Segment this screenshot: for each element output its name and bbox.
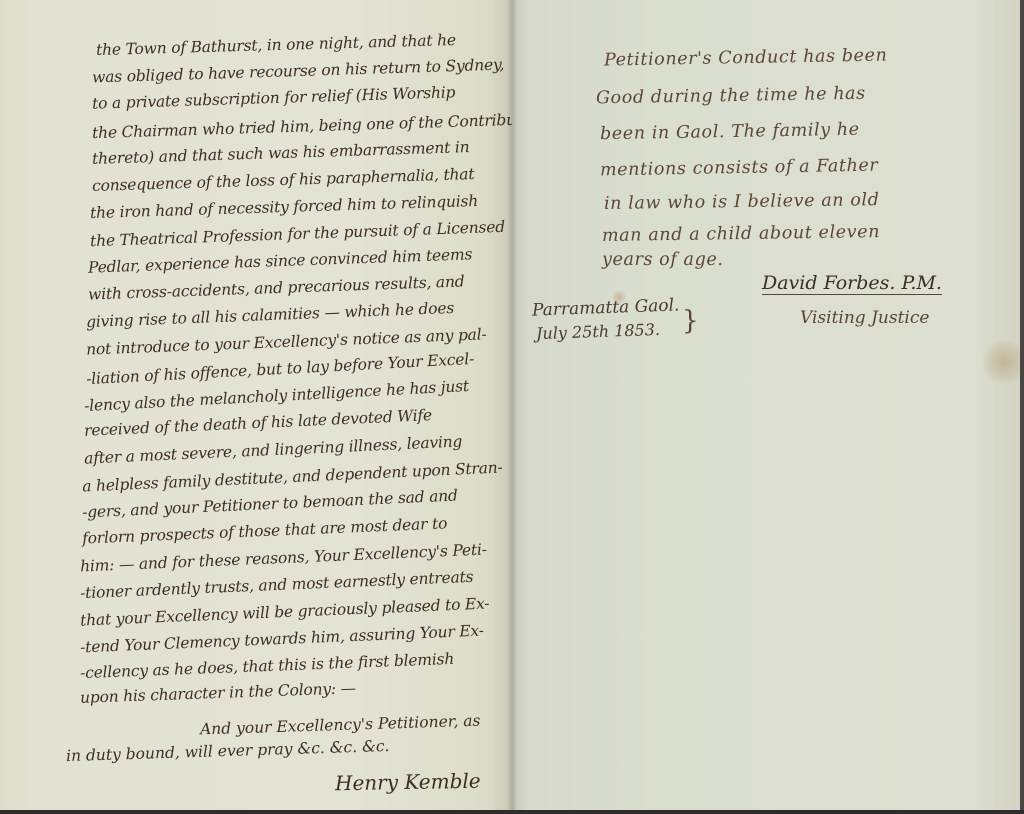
right-page: Petitioner's Conduct has been Good durin…	[512, 0, 1020, 810]
justice-title: Visiting Justice	[800, 308, 929, 328]
petition-line: with cross-accidents, and precarious res…	[88, 272, 465, 303]
report-line: man and a child about eleven	[602, 222, 880, 246]
justice-signature-name: David Forbes. P.M.	[762, 272, 942, 295]
brace-mark: }	[682, 306, 699, 336]
petitioner-signature: Henry Kemble	[335, 769, 481, 796]
report-line: years of age.	[602, 250, 724, 270]
petition-line: was obliged to have recourse on his retu…	[92, 56, 505, 87]
petition-line: forlorn prospects of those that are most…	[82, 514, 448, 547]
center-fold	[508, 0, 516, 810]
bottom-edge	[0, 810, 1024, 814]
petition-line: to a private subscription for relief (Hi…	[92, 83, 456, 112]
closing-line: in duty bound, will ever pray &c. &c. &c…	[66, 737, 390, 765]
petition-line: thereto) and that such was his embarrass…	[92, 138, 470, 168]
report-line: Petitioner's Conduct has been	[604, 46, 888, 71]
report-line: Good during the time he has	[596, 84, 866, 109]
petition-line: the iron hand of necessity forced him to…	[90, 192, 478, 222]
petition-line: the Town of Bathurst, in one night, and …	[96, 31, 456, 59]
petition-line: Pedlar, experience has since convinced h…	[88, 245, 473, 276]
paper-stain	[982, 340, 1024, 384]
petition-line: upon his character in the Colony: —	[80, 679, 356, 707]
report-line: in law who is I believe an old	[604, 190, 880, 214]
paper-stain	[612, 290, 626, 304]
petition-line: consequence of the loss of his paraphern…	[92, 165, 475, 195]
right-edge	[1020, 0, 1024, 814]
closing-line: And your Excellency's Petitioner, as	[200, 712, 481, 739]
report-line: been in Gaol. The family he	[600, 120, 860, 145]
petition-line: giving rise to all his calamities — whic…	[86, 299, 455, 331]
petition-line: -cellency as he does, that this is the f…	[80, 650, 455, 682]
petition-line: the Chairman who tried him, being one of…	[92, 110, 546, 142]
justice-signature: David Forbes. P.M.	[762, 272, 942, 294]
report-line: mentions consists of a Father	[600, 156, 879, 181]
left-page: the Town of Bathurst, in one night, and …	[0, 0, 512, 810]
